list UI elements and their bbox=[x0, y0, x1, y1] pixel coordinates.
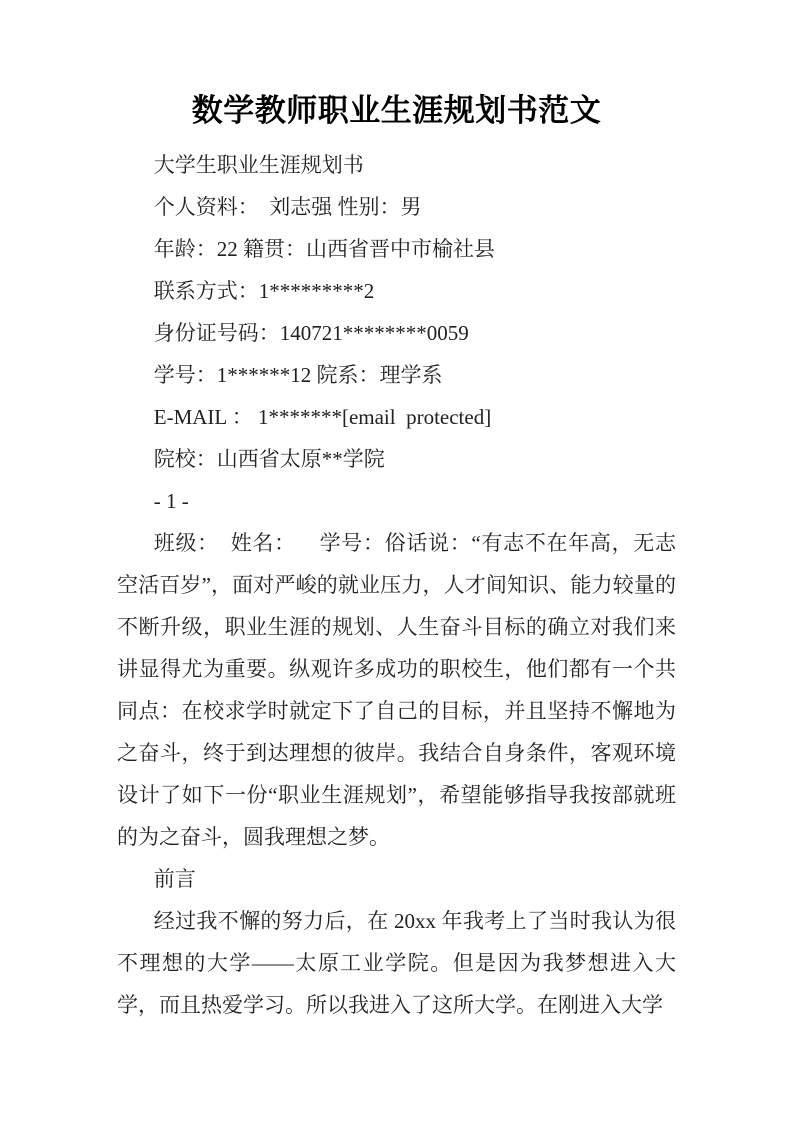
personal-info-name-gender-line: 个人资料： 刘志强 性别：男 bbox=[117, 186, 676, 228]
age-hometown-line: 年龄：22 籍贯：山西省晋中市榆社县 bbox=[117, 228, 676, 270]
subtitle-line: 大学生职业生涯规划书 bbox=[117, 144, 676, 186]
id-number-line: 身份证号码：140721********0059 bbox=[117, 312, 676, 354]
page-number-marker: - 1 - bbox=[117, 480, 676, 522]
foreword-paragraph: 经过我不懈的努力后，在 20xx 年我考上了当时我认为很不理想的大学——太原工业… bbox=[117, 900, 676, 1026]
document-page: 数学教师职业生涯规划书范文 大学生职业生涯规划书 个人资料： 刘志强 性别：男 … bbox=[0, 0, 793, 1122]
section-heading-foreword: 前言 bbox=[117, 858, 676, 900]
phone-line: 联系方式：1*********2 bbox=[117, 270, 676, 312]
intro-paragraph: 班级： 姓名： 学号：俗话说：“有志不在年高，无志空活百岁”，面对严峻的就业压力… bbox=[117, 522, 676, 858]
college-line: 院校：山西省太原**学院 bbox=[117, 438, 676, 480]
document-body: 大学生职业生涯规划书 个人资料： 刘志强 性别：男 年龄：22 籍贯：山西省晋中… bbox=[0, 134, 793, 1026]
document-title: 数学教师职业生涯规划书范文 bbox=[0, 0, 793, 134]
email-line: E-MAIL ： 1*******[email protected] bbox=[117, 396, 676, 438]
student-number-department-line: 学号：1******12 院系：理学系 bbox=[117, 354, 676, 396]
